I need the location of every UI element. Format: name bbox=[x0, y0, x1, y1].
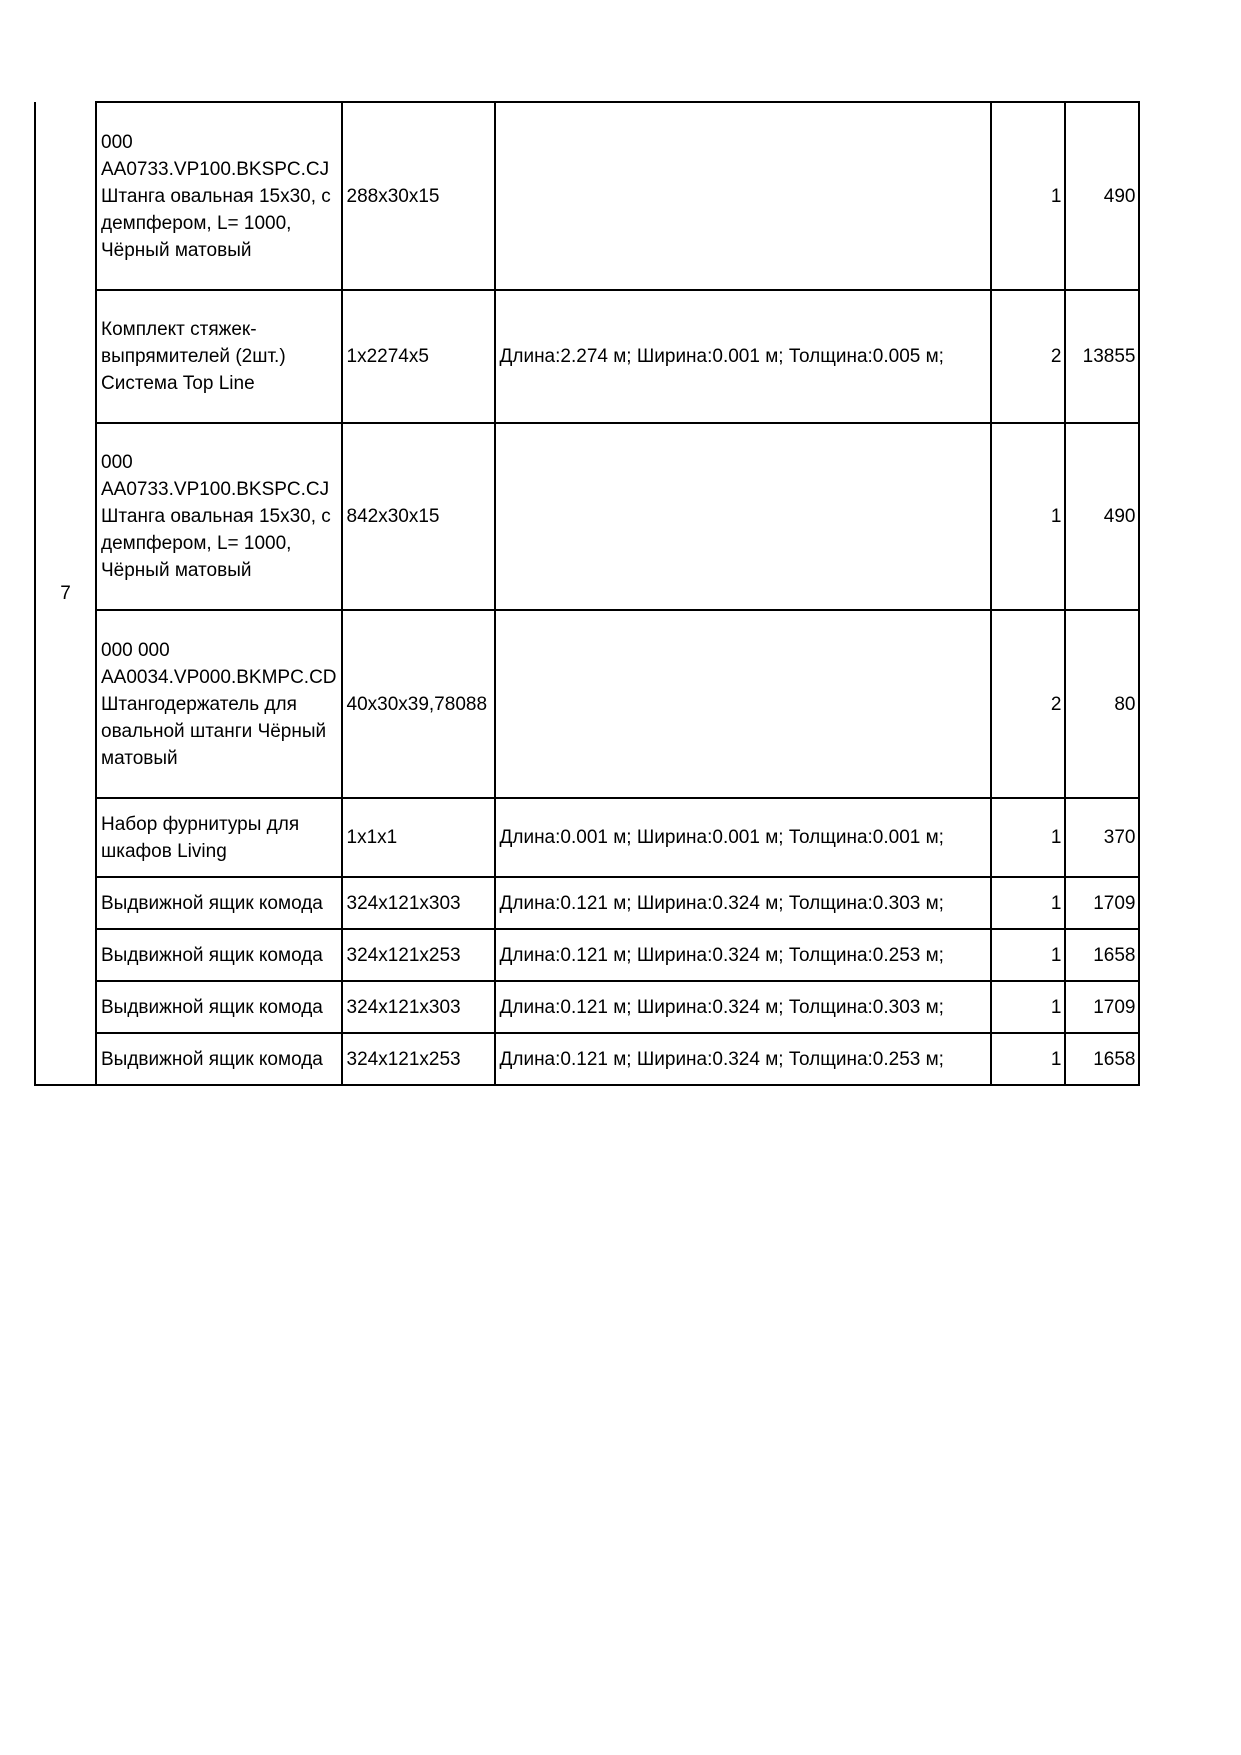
item-size: 1x1x1 bbox=[342, 798, 495, 877]
table-row: 000 000 AA0034.VP000.BKMPC.CD Штангодерж… bbox=[35, 610, 1139, 798]
item-qty: 2 bbox=[991, 610, 1065, 798]
item-qty: 1 bbox=[991, 929, 1065, 981]
item-spec: Длина:0.121 м; Ширина:0.324 м; Толщина:0… bbox=[495, 877, 991, 929]
item-price: 80 bbox=[1065, 610, 1139, 798]
item-size: 324x121x253 bbox=[342, 929, 495, 981]
item-size: 324x121x303 bbox=[342, 981, 495, 1033]
item-spec: Длина:0.121 м; Ширина:0.324 м; Толщина:0… bbox=[495, 929, 991, 981]
item-name: Набор фурнитуры для шкафов Living bbox=[96, 798, 342, 877]
item-price: 490 bbox=[1065, 423, 1139, 610]
item-spec: Длина:0.121 м; Ширина:0.324 м; Толщина:0… bbox=[495, 1033, 991, 1085]
item-price: 1658 bbox=[1065, 1033, 1139, 1085]
item-price: 1709 bbox=[1065, 981, 1139, 1033]
item-size: 324x121x253 bbox=[342, 1033, 495, 1085]
item-name: Выдвижной ящик комода bbox=[96, 877, 342, 929]
item-price: 370 bbox=[1065, 798, 1139, 877]
item-name: 000 000 AA0034.VP000.BKMPC.CD Штангодерж… bbox=[96, 610, 342, 798]
item-name: 000 AA0733.VP100.BKSPC.CJ Штанга овальна… bbox=[96, 423, 342, 610]
item-qty: 1 bbox=[991, 798, 1065, 877]
item-qty: 1 bbox=[991, 1033, 1065, 1085]
item-size: 324x121x303 bbox=[342, 877, 495, 929]
table-row: Выдвижной ящик комода 324x121x303 Длина:… bbox=[35, 981, 1139, 1033]
item-name-text: 000 AA0733.VP100.BKSPC.CJ Штанга овальна… bbox=[101, 129, 337, 264]
item-name: Выдвижной ящик комода bbox=[96, 929, 342, 981]
item-spec: Длина:0.121 м; Ширина:0.324 м; Толщина:0… bbox=[495, 981, 991, 1033]
table-row: Комплект стяжек-выпрямителей (2шт.) Сист… bbox=[35, 290, 1139, 423]
item-qty: 1 bbox=[991, 877, 1065, 929]
item-name: Выдвижной ящик комода bbox=[96, 981, 342, 1033]
item-spec: Длина:2.274 м; Ширина:0.001 м; Толщина:0… bbox=[495, 290, 991, 423]
table-row: Выдвижной ящик комода 324x121x253 Длина:… bbox=[35, 1033, 1139, 1085]
table-row: Набор фурнитуры для шкафов Living 1x1x1 … bbox=[35, 798, 1139, 877]
item-spec bbox=[495, 102, 991, 290]
group-index: 7 bbox=[35, 102, 96, 1085]
items-table: 7 000 AA0733.VP100.BKSPC.CJ Штанга оваль… bbox=[34, 101, 1140, 1086]
item-qty: 2 bbox=[991, 290, 1065, 423]
table-row: Выдвижной ящик комода 324x121x303 Длина:… bbox=[35, 877, 1139, 929]
item-spec: Длина:0.001 м; Ширина:0.001 м; Толщина:0… bbox=[495, 798, 991, 877]
item-name: 000 AA0733.VP100.BKSPC.CJ Штанга овальна… bbox=[96, 102, 342, 290]
item-size: 1x2274x5 bbox=[342, 290, 495, 423]
item-name: Выдвижной ящик комода bbox=[96, 1033, 342, 1085]
item-price: 1709 bbox=[1065, 877, 1139, 929]
item-spec bbox=[495, 423, 991, 610]
item-qty: 1 bbox=[991, 981, 1065, 1033]
item-qty: 1 bbox=[991, 102, 1065, 290]
item-price: 490 bbox=[1065, 102, 1139, 290]
spec-sheet: 7 000 AA0733.VP100.BKSPC.CJ Штанга оваль… bbox=[34, 101, 1140, 1086]
table-row: Выдвижной ящик комода 324x121x253 Длина:… bbox=[35, 929, 1139, 981]
item-size: 842x30x15 bbox=[342, 423, 495, 610]
item-name: Комплект стяжек-выпрямителей (2шт.) Сист… bbox=[96, 290, 342, 423]
item-size: 288x30x15 bbox=[342, 102, 495, 290]
item-price: 1658 bbox=[1065, 929, 1139, 981]
item-size: 40x30x39,78088 bbox=[342, 610, 495, 798]
table-row: 000 AA0733.VP100.BKSPC.CJ Штанга овальна… bbox=[35, 423, 1139, 610]
table-row: 7 000 AA0733.VP100.BKSPC.CJ Штанга оваль… bbox=[35, 102, 1139, 290]
item-price: 13855 bbox=[1065, 290, 1139, 423]
item-spec bbox=[495, 610, 991, 798]
item-qty: 1 bbox=[991, 423, 1065, 610]
